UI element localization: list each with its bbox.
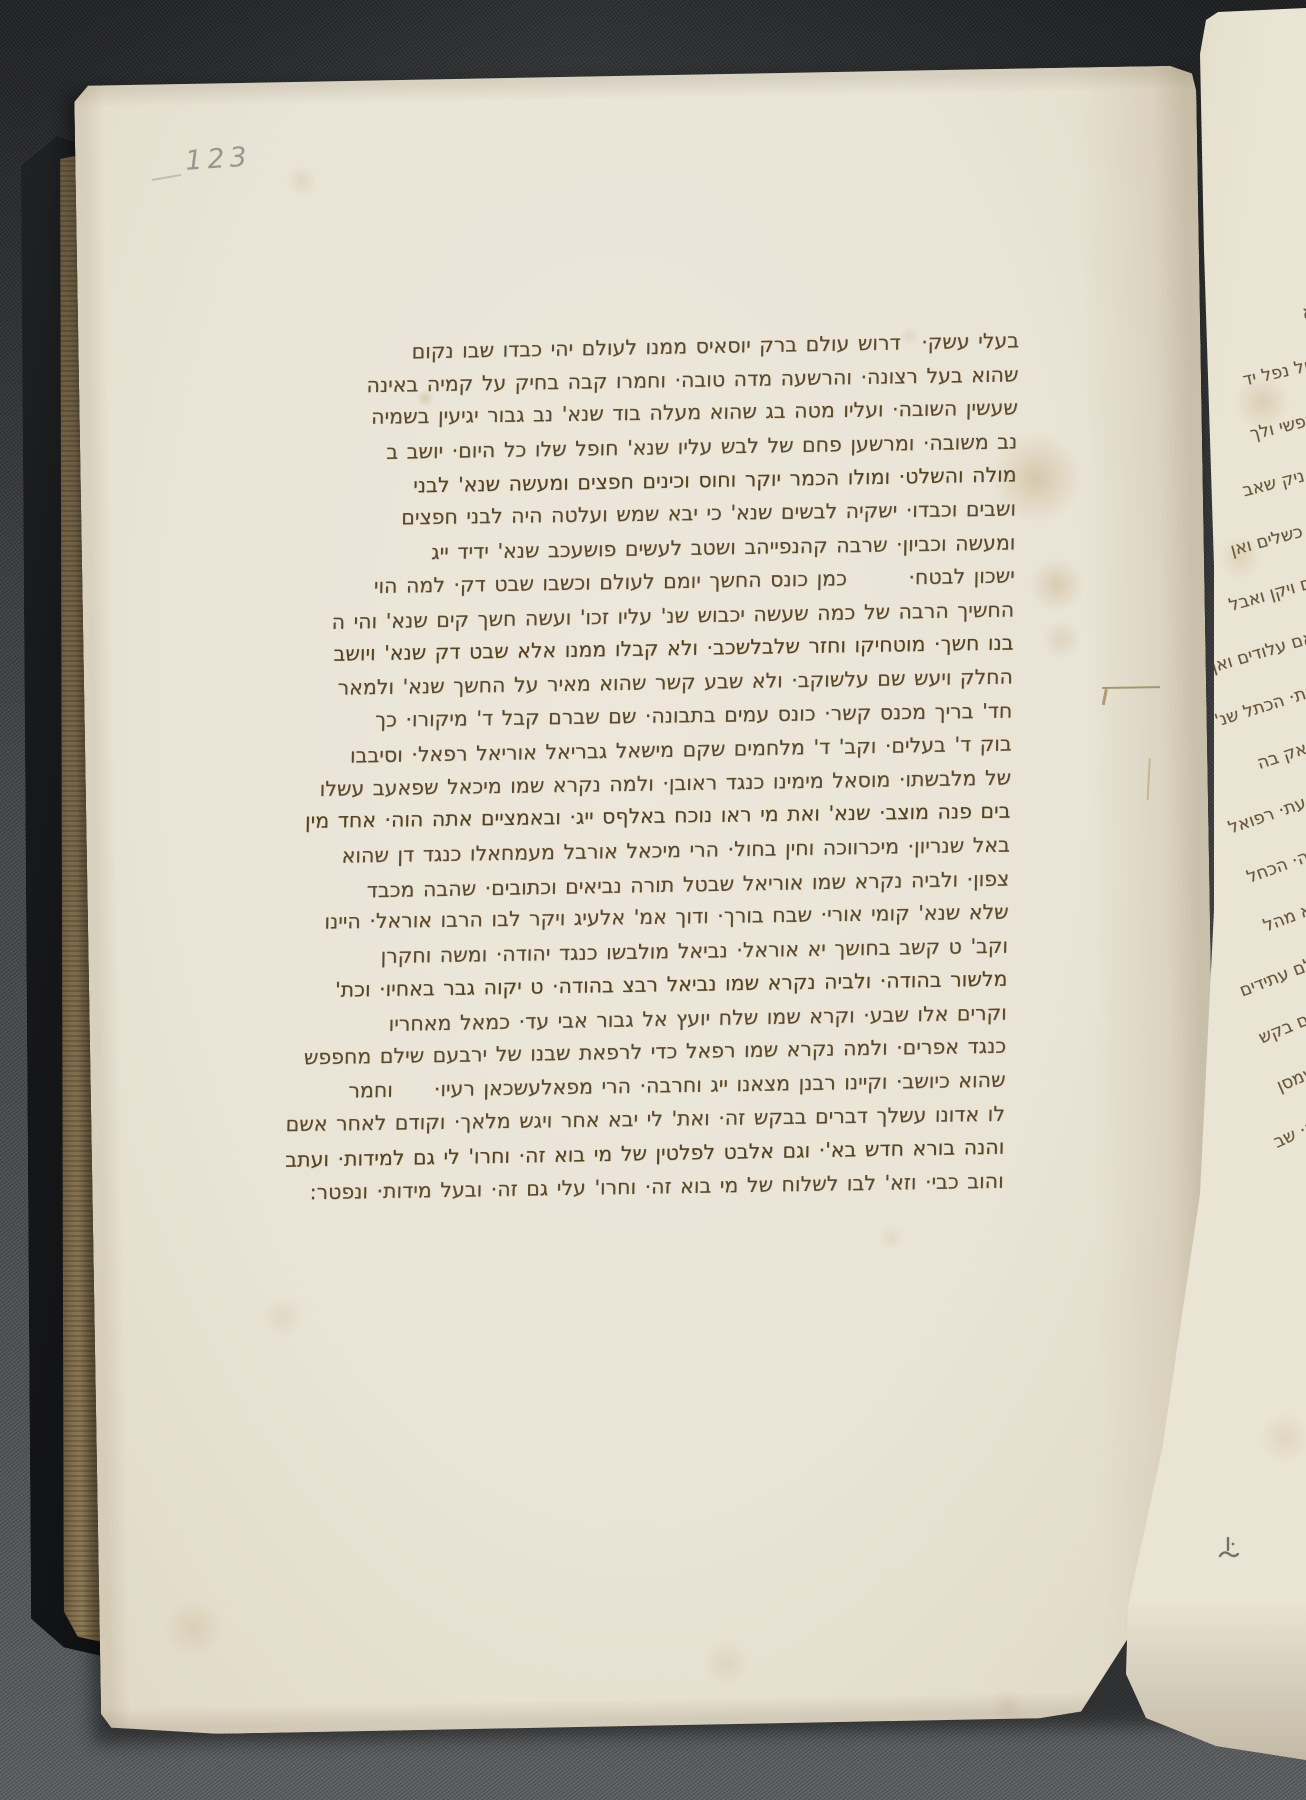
facing-page-line-fragment: וב הקינו ניק שאב	[1241, 450, 1306, 501]
facing-page-line-fragment: חבי הקים ויקן ואבל	[1227, 557, 1306, 615]
stain	[1041, 619, 1082, 660]
stain	[260, 1295, 305, 1340]
folio-number: 123	[184, 141, 253, 177]
stain	[989, 1687, 1026, 1724]
facing-page-line-fragment: ער פלמיה· הכחל	[1244, 825, 1306, 887]
facing-page-line-fragment: במרה אול נפל יד	[1241, 343, 1306, 390]
stain	[1028, 556, 1085, 613]
facing-page-line-fragment: סר שלמות· הכתל שנ'	[1212, 664, 1306, 731]
stain	[878, 1224, 904, 1250]
facing-page-line-fragment: בה קחל עת· רפואל	[1225, 772, 1306, 839]
stain	[285, 165, 318, 198]
stain	[702, 1639, 751, 1688]
facing-page-line-fragment: בא עלמין· שב	[1270, 1093, 1306, 1153]
facing-page-line-fragment: וש בלן· עמסן	[1274, 1039, 1306, 1096]
pencil-dash-icon	[152, 174, 182, 181]
facing-page-line-fragment: וקדים שא מהל	[1261, 879, 1306, 937]
text-block: בעלי עשק· דרוש עולם ברק יוסאיס ממנו לעול…	[389, 324, 1019, 1208]
facing-page-line-fragment: ים קדיים כשלים ואן	[1228, 504, 1306, 560]
stain	[163, 1598, 224, 1659]
facing-page-line-fragment: ום הנשיאם עלודים ואן	[1209, 611, 1306, 677]
manuscript-page: 123 בעלי עשק· דרוש עולם ברק יוסאיס ממנו …	[74, 65, 1223, 1735]
facing-page-line-fragment: ים עון· אם בקש	[1256, 986, 1306, 1049]
facing-page-line-fragment: קטן יושא	[1300, 290, 1306, 323]
facing-page-line-fragment: י קריים נפשי ולך	[1248, 397, 1306, 444]
manuscript-photo: 123 בעלי עשק· דרוש עולם ברק יוסאיס ממנו …	[0, 0, 1306, 1800]
facing-page-line-fragment: ודים שנ' אק בה	[1254, 718, 1306, 773]
small-ink-mark-icon	[1214, 1536, 1242, 1566]
facing-page-line-fragment: מה שנ' לם עתידים	[1237, 932, 1306, 1001]
reader-nota-hook-icon	[1102, 686, 1160, 707]
margin-stroke-icon	[1147, 758, 1151, 800]
